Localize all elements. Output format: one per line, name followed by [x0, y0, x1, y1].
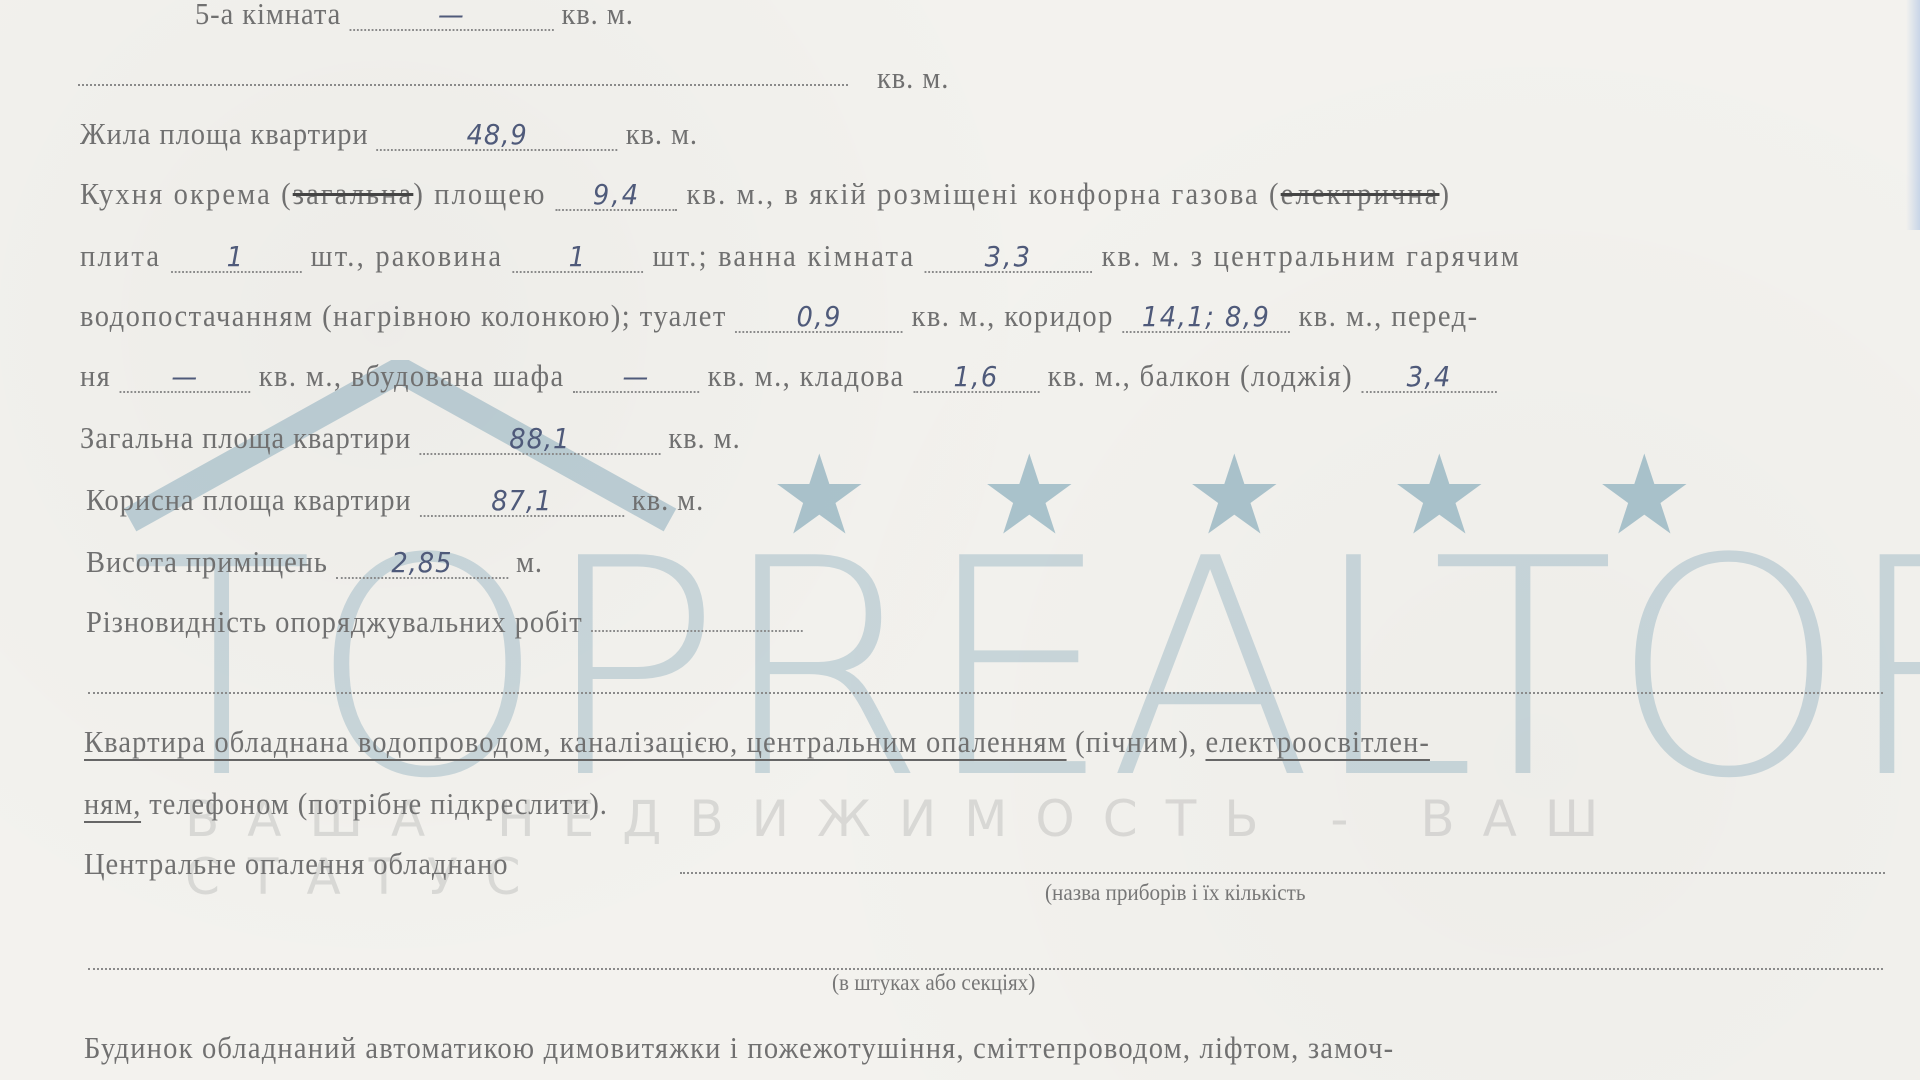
building-row: Будинок обладнаний автоматикою димовитяж… [84, 1030, 1394, 1066]
finishing-row: Різновидність опоряджувальних робіт [86, 604, 802, 640]
hall-value: — [120, 363, 251, 393]
living-area-row: Жила площа квартири 48,9 кв. м. [80, 116, 698, 152]
living-area-label: Жила площа квартири [80, 116, 369, 151]
total-area-label: Загальна площа квартири [80, 420, 411, 455]
star-icon: ★ [1390, 440, 1489, 550]
balcony-value: 3,4 [1362, 363, 1497, 393]
kitchen-mid: ) площею [413, 176, 546, 211]
equipped-underlined: Квартира обладнана водопроводом, каналіз… [84, 724, 1067, 761]
central-heating-rule [680, 872, 1885, 874]
star-icon: ★ [770, 440, 869, 550]
room5-row: 5-а кімната — кв. м. [195, 0, 634, 32]
stove-row: плита 1 шт., раковина 1 шт.; ванна кімна… [80, 238, 1521, 274]
equipped-row-1: Квартира обладнана водопроводом, каналіз… [84, 724, 1430, 760]
stove-value: 1 [171, 243, 302, 273]
corridor-value: 14,1; 8,9 [1122, 303, 1289, 333]
toilet-value: 0,9 [735, 303, 902, 333]
total-area-row: Загальна площа квартири 88,1 кв. м. [80, 420, 741, 456]
star-icon: ★ [1595, 440, 1694, 550]
water-row: водопостачанням (нагрівною колонкою); ту… [80, 298, 1479, 334]
kitchen-struck-electric: електрична [1281, 176, 1440, 211]
equipped-phone: телефоном (потрібне підкреслити). [149, 786, 608, 821]
useful-area-label: Корисна площа квартири [86, 482, 412, 517]
sink-label: раковина [375, 238, 503, 273]
finishing-label: Різновидність опоряджувальних робіт [86, 604, 583, 639]
room5-unit: кв. м. [561, 0, 633, 31]
page-edge [1906, 0, 1920, 230]
bathroom-value: 3,3 [925, 243, 1092, 273]
star-icon: ★ [1185, 440, 1284, 550]
stove-unit: шт., [311, 238, 366, 273]
balcony-label: кв. м., балкон (лоджія) [1048, 358, 1353, 393]
living-area-unit: кв. м. [626, 116, 698, 151]
ceiling-height-row: Висота приміщень 2,85 м. [86, 544, 543, 580]
kitchen-area-value: 9,4 [556, 181, 677, 211]
blank-row-rule [78, 84, 848, 86]
kitchen-close: ) [1439, 176, 1451, 211]
room5-value: — [349, 1, 553, 31]
closet-label: кв. м., вбудована шафа [259, 358, 565, 393]
central-heating-row: Центральне опалення обладнано [84, 846, 508, 882]
kitchen-row: Кухня окрема (загальна) площею 9,4 кв. м… [80, 176, 1451, 212]
finishing-value-blank [591, 629, 803, 632]
ceiling-height-value: 2,85 [336, 549, 508, 579]
bathroom-label: ванна кімната [718, 238, 915, 273]
hall-row: ня — кв. м., вбудована шафа — кв. м., кл… [80, 358, 1497, 394]
kitchen-text: кв. м., в якій розміщені конфорна газова… [687, 176, 1281, 211]
corridor-label: кв. м., коридор [911, 298, 1113, 333]
ceiling-height-label: Висота приміщень [86, 544, 328, 579]
central-heating-label: Центральне опалення обладнано [84, 846, 508, 881]
total-area-unit: кв. м. [668, 420, 740, 455]
equipped-stove-heating: (пічним), [1075, 724, 1197, 759]
sink-unit: шт.; [653, 238, 709, 273]
storage-value: 1,6 [913, 363, 1039, 393]
equipped-electric: електроосвітлен- [1206, 724, 1430, 761]
finishing-rule [88, 692, 1883, 694]
star-icon: ★ [980, 440, 1079, 550]
toilet-label: водопостачанням (нагрівною колонкою); ту… [80, 298, 727, 333]
kitchen-prefix: Кухня окрема ( [80, 176, 293, 211]
sink-value: 1 [513, 243, 644, 273]
equipped-row-2: ням, телефоном (потрібне підкреслити). [84, 786, 608, 822]
ceiling-height-unit: м. [516, 544, 543, 579]
kitchen-struck-shared: загальна [293, 176, 414, 211]
building-text: Будинок обладнаний автоматикою димовитяж… [84, 1030, 1394, 1065]
useful-area-row: Корисна площа квартири 87,1 кв. м. [86, 482, 704, 518]
blank-row-unit: кв. м. [877, 60, 949, 96]
room5-label: 5-а кімната [195, 0, 341, 31]
living-area-value: 48,9 [377, 121, 618, 151]
sections-hint: (в штуках або секціях) [832, 970, 1035, 996]
bathroom-unit: кв. м. з центральним гарячим [1101, 238, 1521, 273]
corridor-unit: кв. м., перед- [1298, 298, 1478, 333]
storage-label: кв. м., кладова [708, 358, 905, 393]
useful-area-unit: кв. м. [632, 482, 704, 517]
central-heating-hint: (назва приборів і їх кількість [1045, 880, 1306, 906]
total-area-value: 88,1 [419, 425, 660, 455]
hall-prefix: ня [80, 358, 111, 393]
equipped-electric-end: ням, [84, 786, 141, 823]
useful-area-value: 87,1 [420, 487, 624, 517]
closet-value: — [573, 363, 699, 393]
stove-label: плита [80, 238, 161, 273]
